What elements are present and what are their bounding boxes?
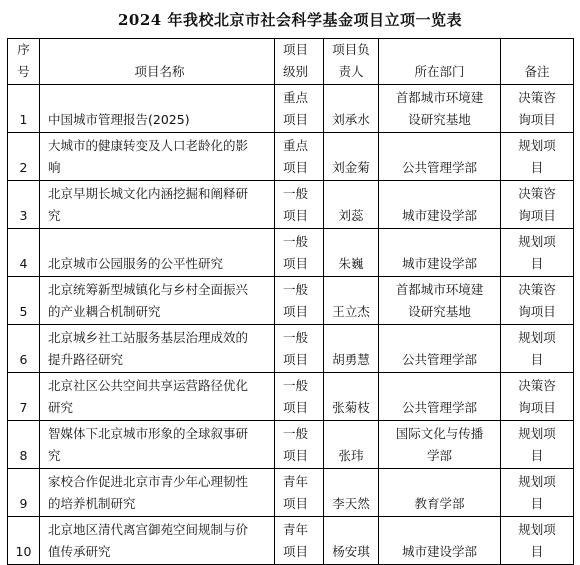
cell-dept-text: 首都城市环境建 设研究基地 bbox=[382, 279, 497, 323]
cell-level-text: 重点 项目 bbox=[283, 135, 320, 179]
cell-name: 智媒体下北京城市形象的全球叙事研 究 bbox=[40, 421, 275, 469]
cell-note: 规划项 目 bbox=[501, 517, 574, 565]
cell-note: 决策咨 询项目 bbox=[501, 85, 574, 133]
cell-dept-text: 首都城市环境建 设研究基地 bbox=[382, 87, 497, 131]
cell-dept-text: 公共管理学部 bbox=[382, 157, 497, 179]
cell-level: 一般 项目 bbox=[275, 421, 324, 469]
header-dept: 所在部门 bbox=[379, 39, 501, 85]
cell-note-text: 规划项 目 bbox=[504, 231, 570, 275]
cell-no: 7 bbox=[8, 373, 40, 421]
cell-note-text: 规划项 目 bbox=[504, 519, 570, 563]
cell-level-text: 一般 项目 bbox=[283, 375, 320, 419]
header-note: 备注 bbox=[501, 39, 574, 85]
cell-dept: 城市建设学部 bbox=[379, 181, 501, 229]
cell-level-text: 一般 项目 bbox=[283, 327, 320, 371]
cell-note-text: 决策咨 询项目 bbox=[504, 87, 570, 131]
header-level-label: 项目 级别 bbox=[283, 39, 320, 83]
cell-dept: 首都城市环境建 设研究基地 bbox=[379, 277, 501, 325]
cell-name-text: 北京地区清代离宫御苑空间规制与价 值传承研究 bbox=[48, 519, 271, 563]
cell-name: 北京早期长城文化内涵挖掘和阐释研 究 bbox=[40, 181, 275, 229]
cell-leader: 胡勇慧 bbox=[324, 325, 379, 373]
header-note-label: 备注 bbox=[504, 61, 570, 83]
table-row: 2 大城市的健康转变及人口老龄化的影 响 重点 项目 刘金菊 公共管理学部 规划… bbox=[8, 133, 574, 181]
cell-level-text: 一般 项目 bbox=[283, 183, 320, 227]
cell-level: 重点 项目 bbox=[275, 85, 324, 133]
cell-note: 规划项 目 bbox=[501, 325, 574, 373]
cell-level-text: 重点 项目 bbox=[283, 87, 320, 131]
cell-name: 北京社区公共空间共享运营路径优化 研究 bbox=[40, 373, 275, 421]
table-header-row: 序 号 项目名称 项目 级别 项目负 责人 所在部门 备注 bbox=[8, 39, 574, 85]
table-row: 6 北京城乡社工站服务基层治理成效的 提升路径研究 一般 项目 胡勇慧 公共管理… bbox=[8, 325, 574, 373]
cell-name: 中国城市管理报告(2025) bbox=[40, 85, 275, 133]
header-leader: 项目负 责人 bbox=[324, 39, 379, 85]
cell-name: 家校合作促进北京市青少年心理韧性 的培养机制研究 bbox=[40, 469, 275, 517]
table-row: 3 北京早期长城文化内涵挖掘和阐释研 究 一般 项目 刘蕊 城市建设学部 决策咨… bbox=[8, 181, 574, 229]
cell-note-text: 规划项 目 bbox=[504, 135, 570, 179]
table-row: 5 北京统筹新型城镇化与乡村全面振兴 的产业耦合机制研究 一般 项目 王立杰 首… bbox=[8, 277, 574, 325]
table-row: 7 北京社区公共空间共享运营路径优化 研究 一般 项目 张菊枝 公共管理学部 决… bbox=[8, 373, 574, 421]
header-level: 项目 级别 bbox=[275, 39, 324, 85]
cell-no: 2 bbox=[8, 133, 40, 181]
cell-name-text: 中国城市管理报告(2025) bbox=[48, 109, 271, 131]
cell-level: 一般 项目 bbox=[275, 325, 324, 373]
cell-no: 8 bbox=[8, 421, 40, 469]
cell-name-text: 北京城市公园服务的公平性研究 bbox=[48, 253, 271, 275]
cell-dept: 城市建设学部 bbox=[379, 517, 501, 565]
cell-name: 北京城乡社工站服务基层治理成效的 提升路径研究 bbox=[40, 325, 275, 373]
cell-leader: 王立杰 bbox=[324, 277, 379, 325]
cell-name-text: 家校合作促进北京市青少年心理韧性 的培养机制研究 bbox=[48, 471, 271, 515]
cell-dept: 公共管理学部 bbox=[379, 325, 501, 373]
cell-dept-text: 公共管理学部 bbox=[382, 349, 497, 371]
cell-dept: 首都城市环境建 设研究基地 bbox=[379, 85, 501, 133]
cell-dept: 国际文化与传播 学部 bbox=[379, 421, 501, 469]
cell-name-text: 大城市的健康转变及人口老龄化的影 响 bbox=[48, 135, 271, 179]
cell-note: 规划项 目 bbox=[501, 421, 574, 469]
header-dept-label: 所在部门 bbox=[382, 61, 497, 83]
cell-dept-text: 城市建设学部 bbox=[382, 205, 497, 227]
cell-no: 4 bbox=[8, 229, 40, 277]
cell-name: 北京城市公园服务的公平性研究 bbox=[40, 229, 275, 277]
cell-level-text: 一般 项目 bbox=[283, 279, 320, 323]
cell-no: 1 bbox=[8, 85, 40, 133]
cell-name-text: 北京社区公共空间共享运营路径优化 研究 bbox=[48, 375, 271, 419]
cell-dept-text: 教育学部 bbox=[382, 493, 497, 515]
cell-dept-text: 国际文化与传播 学部 bbox=[382, 423, 497, 467]
cell-name: 大城市的健康转变及人口老龄化的影 响 bbox=[40, 133, 275, 181]
cell-note-text: 决策咨 询项目 bbox=[504, 183, 570, 227]
project-table: 序 号 项目名称 项目 级别 项目负 责人 所在部门 备注 1 中国城市管理报告… bbox=[7, 38, 574, 565]
header-no-label: 序 号 bbox=[11, 39, 36, 83]
cell-level: 一般 项目 bbox=[275, 229, 324, 277]
cell-dept-text: 城市建设学部 bbox=[382, 541, 497, 563]
cell-note-text: 决策咨 询项目 bbox=[504, 375, 570, 419]
cell-level: 青年 项目 bbox=[275, 469, 324, 517]
cell-note: 规划项 目 bbox=[501, 229, 574, 277]
cell-name-text: 智媒体下北京城市形象的全球叙事研 究 bbox=[48, 423, 271, 467]
cell-level: 一般 项目 bbox=[275, 373, 324, 421]
cell-dept: 城市建设学部 bbox=[379, 229, 501, 277]
cell-level: 一般 项目 bbox=[275, 181, 324, 229]
cell-dept-text: 城市建设学部 bbox=[382, 253, 497, 275]
cell-name-text: 北京早期长城文化内涵挖掘和阐释研 究 bbox=[48, 183, 271, 227]
cell-note: 决策咨 询项目 bbox=[501, 277, 574, 325]
cell-note-text: 决策咨 询项目 bbox=[504, 279, 570, 323]
cell-name: 北京地区清代离宫御苑空间规制与价 值传承研究 bbox=[40, 517, 275, 565]
cell-leader: 朱巍 bbox=[324, 229, 379, 277]
cell-leader: 杨安琪 bbox=[324, 517, 379, 565]
table-row: 10 北京地区清代离宫御苑空间规制与价 值传承研究 青年 项目 杨安琪 城市建设… bbox=[8, 517, 574, 565]
header-leader-label: 项目负 责人 bbox=[327, 39, 375, 83]
cell-no: 6 bbox=[8, 325, 40, 373]
table-row: 8 智媒体下北京城市形象的全球叙事研 究 一般 项目 张玮 国际文化与传播 学部… bbox=[8, 421, 574, 469]
cell-leader: 李天然 bbox=[324, 469, 379, 517]
cell-note: 决策咨 询项目 bbox=[501, 373, 574, 421]
cell-note-text: 规划项 目 bbox=[504, 423, 570, 467]
cell-note-text: 规划项 目 bbox=[504, 471, 570, 515]
cell-level-text: 青年 项目 bbox=[283, 471, 320, 515]
cell-level: 重点 项目 bbox=[275, 133, 324, 181]
cell-name: 北京统筹新型城镇化与乡村全面振兴 的产业耦合机制研究 bbox=[40, 277, 275, 325]
header-no: 序 号 bbox=[8, 39, 40, 85]
cell-no: 3 bbox=[8, 181, 40, 229]
cell-leader: 张玮 bbox=[324, 421, 379, 469]
cell-leader: 刘金菊 bbox=[324, 133, 379, 181]
cell-note: 规划项 目 bbox=[501, 469, 574, 517]
cell-leader: 刘蕊 bbox=[324, 181, 379, 229]
cell-level: 一般 项目 bbox=[275, 277, 324, 325]
cell-leader: 张菊枝 bbox=[324, 373, 379, 421]
table-row: 9 家校合作促进北京市青少年心理韧性 的培养机制研究 青年 项目 李天然 教育学… bbox=[8, 469, 574, 517]
table-row: 4 北京城市公园服务的公平性研究 一般 项目 朱巍 城市建设学部 规划项 目 bbox=[8, 229, 574, 277]
cell-name-text: 北京统筹新型城镇化与乡村全面振兴 的产业耦合机制研究 bbox=[48, 279, 271, 323]
cell-note: 规划项 目 bbox=[501, 133, 574, 181]
cell-dept-text: 公共管理学部 bbox=[382, 397, 497, 419]
cell-no: 10 bbox=[8, 517, 40, 565]
cell-note: 决策咨 询项目 bbox=[501, 181, 574, 229]
cell-level: 青年 项目 bbox=[275, 517, 324, 565]
table-row: 1 中国城市管理报告(2025) 重点 项目 刘承水 首都城市环境建 设研究基地… bbox=[8, 85, 574, 133]
cell-level-text: 一般 项目 bbox=[283, 423, 320, 467]
cell-level-text: 青年 项目 bbox=[283, 519, 320, 563]
cell-no: 5 bbox=[8, 277, 40, 325]
cell-name-text: 北京城乡社工站服务基层治理成效的 提升路径研究 bbox=[48, 327, 271, 371]
header-name-label: 项目名称 bbox=[48, 61, 271, 83]
cell-dept: 教育学部 bbox=[379, 469, 501, 517]
cell-dept: 公共管理学部 bbox=[379, 373, 501, 421]
cell-level-text: 一般 项目 bbox=[283, 231, 320, 275]
header-name: 项目名称 bbox=[40, 39, 275, 85]
cell-no: 9 bbox=[8, 469, 40, 517]
cell-leader: 刘承水 bbox=[324, 85, 379, 133]
cell-dept: 公共管理学部 bbox=[379, 133, 501, 181]
cell-note-text: 规划项 目 bbox=[504, 327, 570, 371]
document-title: 2024 年我校北京市社会科学基金项目立项一览表 bbox=[0, 9, 580, 30]
